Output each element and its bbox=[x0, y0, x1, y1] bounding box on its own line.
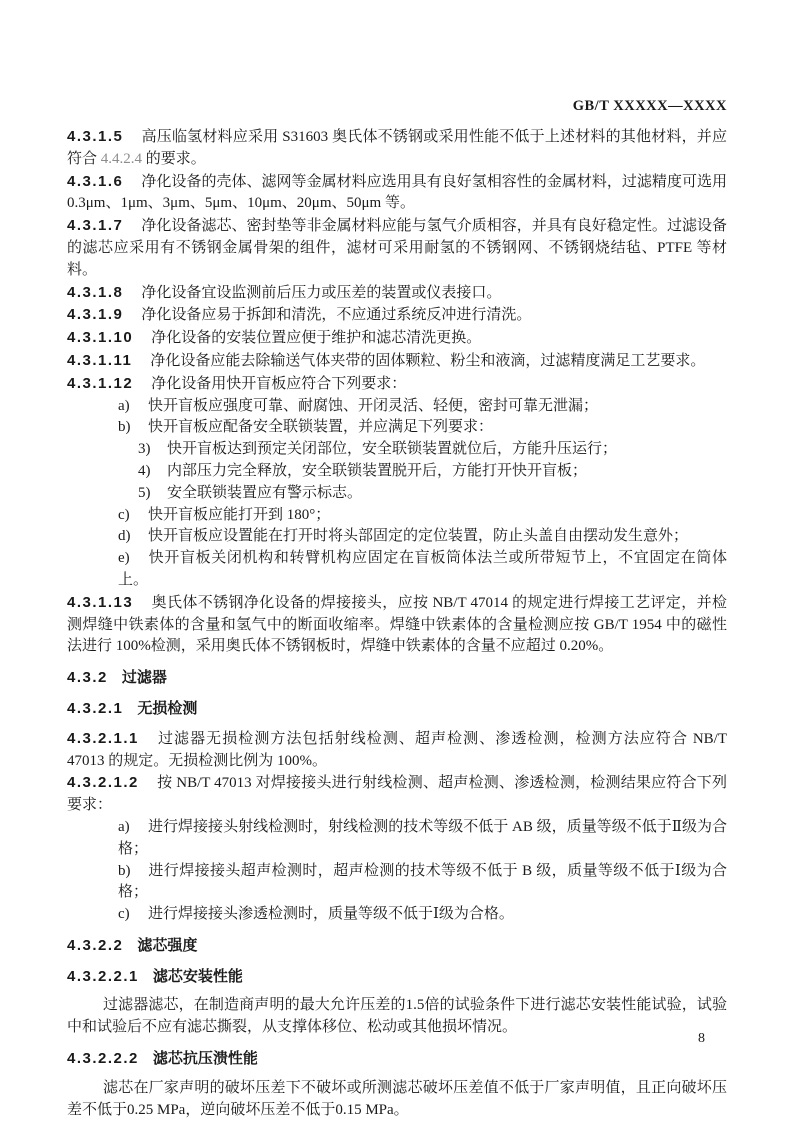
list-item-text: 快开盲板关闭机构和转臂机构应固定在盲板筒体法兰或所带短节上，不宜固定在筒体上。 bbox=[118, 550, 727, 588]
heading-number: 4.3.2.2 bbox=[67, 937, 123, 954]
list-item-text: 快开盲板达到预定关闭部位，安全联锁装置就位后，方能升压运行； bbox=[167, 441, 617, 457]
clause-4-3-1-11: 4.3.1.11净化设备应能去除输送气体夹带的固体颗粒、粉尘和液滴，过滤精度满足… bbox=[67, 350, 727, 373]
clause-number: 4.3.1.11 bbox=[67, 352, 132, 369]
clause-text: 按 NB/T 47013 对焊接接头进行射线检测、超声检测、渗透检测，检测结果应… bbox=[67, 775, 727, 813]
list-item-text: 快开盲板应能打开到 180°； bbox=[148, 507, 330, 523]
clause-text: 净化设备应易于拆卸和清洗，不应通过系统反冲进行清洗。 bbox=[141, 307, 531, 323]
list-marker: b) bbox=[118, 861, 148, 883]
list-item: c)快开盲板应能打开到 180°； bbox=[67, 505, 727, 527]
clause-number: 4.3.1.10 bbox=[67, 329, 133, 346]
clause-4-3-2-1-2: 4.3.2.1.2按 NB/T 47013 对焊接接头进行射线检测、超声检测、渗… bbox=[67, 772, 727, 817]
list-marker: 3) bbox=[138, 439, 167, 461]
clause-text: 净化设备的安装位置应便于维护和滤芯清洗更换。 bbox=[151, 330, 481, 346]
cross-reference: 4.4.2.4 bbox=[101, 151, 142, 167]
list-item-text: 快开盲板应配备安全联锁装置，并应满足下列要求： bbox=[148, 419, 493, 435]
heading-number: 4.3.2.1 bbox=[67, 700, 123, 717]
list-item-text: 内部压力完全释放，安全联锁装置脱开后，方能打开快开盲板； bbox=[167, 463, 587, 479]
clause-text: 净化设备用快开盲板应符合下列要求： bbox=[151, 376, 406, 392]
paragraph-text: 滤芯在厂家声明的破坏压差下不破坏或所测滤芯破坏压差值不低于厂家声明值，且正向破坏… bbox=[67, 1080, 727, 1118]
list-marker: a) bbox=[118, 396, 148, 418]
body-paragraph: 过滤器滤芯，在制造商声明的最大允许压差的1.5倍的试验条件下进行滤芯安装性能试验… bbox=[67, 995, 727, 1039]
list-item: e)快开盲板关闭机构和转臂机构应固定在盲板筒体法兰或所带短节上，不宜固定在筒体上… bbox=[67, 548, 727, 592]
list-marker: e) bbox=[118, 548, 148, 570]
heading-4-3-2-2-1: 4.3.2.2.1滤芯安装性能 bbox=[67, 966, 727, 988]
paragraph-text: 过滤器滤芯，在制造商声明的最大允许压差的1.5倍的试验条件下进行滤芯安装性能试验… bbox=[67, 997, 727, 1035]
list-marker: a) bbox=[118, 817, 148, 839]
document-page: GB/T XXXXX—XXXX 4.3.1.5高压临氢材料应采用 S31603 … bbox=[0, 0, 794, 1123]
clause-number: 4.3.1.9 bbox=[67, 306, 123, 323]
clause-number: 4.3.1.12 bbox=[67, 375, 133, 392]
clause-text: 奥氏体不锈钢净化设备的焊接接头，应按 NB/T 47014 的规定进行焊接工艺评… bbox=[67, 595, 727, 655]
clause-text: 净化设备的壳体、滤网等金属材料应选用具有良好氢相容性的金属材料，过滤精度可选用 … bbox=[67, 174, 727, 212]
page-header: GB/T XXXXX—XXXX bbox=[67, 97, 727, 115]
clause-text: 净化设备应能去除输送气体夹带的固体颗粒、粉尘和液滴，过滤精度满足工艺要求。 bbox=[150, 353, 705, 369]
clause-4-3-1-6: 4.3.1.6净化设备的壳体、滤网等金属材料应选用具有良好氢相容性的金属材料，过… bbox=[67, 171, 727, 216]
clause-number: 4.3.1.5 bbox=[67, 128, 123, 145]
list-item: b)快开盲板应配备安全联锁装置，并应满足下列要求： bbox=[67, 417, 727, 439]
clause-number: 4.3.2.1.1 bbox=[67, 730, 139, 747]
clause-text: 过滤器无损检测方法包括射线检测、超声检测、渗透检测，检测方法应符合 NB/T 4… bbox=[67, 731, 727, 769]
heading-text: 无损检测 bbox=[137, 700, 197, 717]
list-item-text: 进行焊接接头渗透检测时，质量等级不低于Ⅰ级为合格。 bbox=[148, 906, 514, 922]
list-item-text: 快开盲板应强度可靠、耐腐蚀、开闭灵活、轻便，密封可靠无泄漏； bbox=[148, 398, 598, 414]
heading-4-3-2: 4.3.2过滤器 bbox=[67, 667, 727, 689]
heading-4-3-2-2: 4.3.2.2滤芯强度 bbox=[67, 935, 727, 957]
clause-number: 4.3.1.8 bbox=[67, 284, 123, 301]
clause-text: 净化设备宜设监测前后压力或压差的装置或仪表接口。 bbox=[141, 285, 501, 301]
clause-4-3-1-5: 4.3.1.5高压临氢材料应采用 S31603 奥氏体不锈钢或采用性能不低于上述… bbox=[67, 126, 727, 171]
list-item: 5)安全联锁装置应有警示标志。 bbox=[67, 483, 727, 505]
list-item-text: 安全联锁装置应有警示标志。 bbox=[167, 485, 362, 501]
clause-text: 的要求。 bbox=[142, 151, 206, 167]
clause-4-3-1-10: 4.3.1.10净化设备的安装位置应便于维护和滤芯清洗更换。 bbox=[67, 327, 727, 350]
heading-4-3-2-2-2: 4.3.2.2.2滤芯抗压溃性能 bbox=[67, 1048, 727, 1070]
clause-number: 4.3.1.13 bbox=[67, 594, 133, 611]
heading-4-3-2-1: 4.3.2.1无损检测 bbox=[67, 698, 727, 720]
clause-4-3-1-13: 4.3.1.13奥氏体不锈钢净化设备的焊接接头，应按 NB/T 47014 的规… bbox=[67, 592, 727, 658]
clause-4-3-1-12: 4.3.1.12净化设备用快开盲板应符合下列要求： bbox=[67, 373, 727, 396]
clause-number: 4.3.1.7 bbox=[67, 217, 123, 234]
clause-4-3-2-1-1: 4.3.2.1.1过滤器无损检测方法包括射线检测、超声检测、渗透检测，检测方法应… bbox=[67, 728, 727, 773]
clause-number: 4.3.1.6 bbox=[67, 173, 123, 190]
list-marker: 5) bbox=[138, 483, 167, 505]
list-marker: 4) bbox=[138, 461, 167, 483]
doc-code: GB/T XXXXX—XXXX bbox=[573, 98, 727, 114]
heading-text: 滤芯安装性能 bbox=[153, 968, 243, 985]
list-item: a)进行焊接接头射线检测时，射线检测的技术等级不低于 AB 级，质量等级不低于Ⅱ… bbox=[67, 817, 727, 861]
list-marker: b) bbox=[118, 417, 148, 439]
list-item-text: 进行焊接接头超声检测时，超声检测的技术等级不低于 B 级，质量等级不低于Ⅰ级为合… bbox=[118, 863, 727, 901]
list-marker: d) bbox=[118, 526, 148, 548]
list-item: 3)快开盲板达到预定关闭部位，安全联锁装置就位后，方能升压运行； bbox=[67, 439, 727, 461]
heading-number: 4.3.2 bbox=[67, 669, 108, 686]
heading-number: 4.3.2.2.2 bbox=[67, 1050, 139, 1067]
list-marker: c) bbox=[118, 904, 148, 926]
list-item: c)进行焊接接头渗透检测时，质量等级不低于Ⅰ级为合格。 bbox=[67, 904, 727, 926]
list-marker: c) bbox=[118, 505, 148, 527]
list-item: a)快开盲板应强度可靠、耐腐蚀、开闭灵活、轻便，密封可靠无泄漏； bbox=[67, 396, 727, 418]
heading-text: 过滤器 bbox=[122, 669, 167, 686]
list-item: d)快开盲板应设置能在打开时将头部固定的定位装置，防止头盖自由摆动发生意外； bbox=[67, 526, 727, 548]
list-item: 4)内部压力完全释放，安全联锁装置脱开后，方能打开快开盲板； bbox=[67, 461, 727, 483]
clause-number: 4.3.2.1.2 bbox=[67, 774, 139, 791]
heading-number: 4.3.2.2.1 bbox=[67, 968, 139, 985]
clause-4-3-1-9: 4.3.1.9净化设备应易于拆卸和清洗，不应通过系统反冲进行清洗。 bbox=[67, 304, 727, 327]
document-body: 4.3.1.5高压临氢材料应采用 S31603 奥氏体不锈钢或采用性能不低于上述… bbox=[67, 126, 727, 1121]
list-item-text: 快开盲板应设置能在打开时将头部固定的定位装置，防止头盖自由摆动发生意外； bbox=[148, 528, 688, 544]
clause-4-3-1-8: 4.3.1.8净化设备宜设监测前后压力或压差的装置或仪表接口。 bbox=[67, 282, 727, 305]
clause-4-3-1-7: 4.3.1.7净化设备滤芯、密封垫等非金属材料应能与氢气介质相容，并具有良好稳定… bbox=[67, 215, 727, 281]
page-number: 8 bbox=[698, 1031, 705, 1047]
clause-text: 净化设备滤芯、密封垫等非金属材料应能与氢气介质相容，并具有良好稳定性。过滤设备的… bbox=[67, 218, 727, 278]
heading-text: 滤芯强度 bbox=[137, 937, 197, 954]
list-item: b)进行焊接接头超声检测时，超声检测的技术等级不低于 B 级，质量等级不低于Ⅰ级… bbox=[67, 861, 727, 905]
body-paragraph: 滤芯在厂家声明的破坏压差下不破坏或所测滤芯破坏压差值不低于厂家声明值，且正向破坏… bbox=[67, 1078, 727, 1122]
list-item-text: 进行焊接接头射线检测时，射线检测的技术等级不低于 AB 级，质量等级不低于Ⅱ级为… bbox=[118, 819, 727, 857]
heading-text: 滤芯抗压溃性能 bbox=[153, 1050, 258, 1067]
